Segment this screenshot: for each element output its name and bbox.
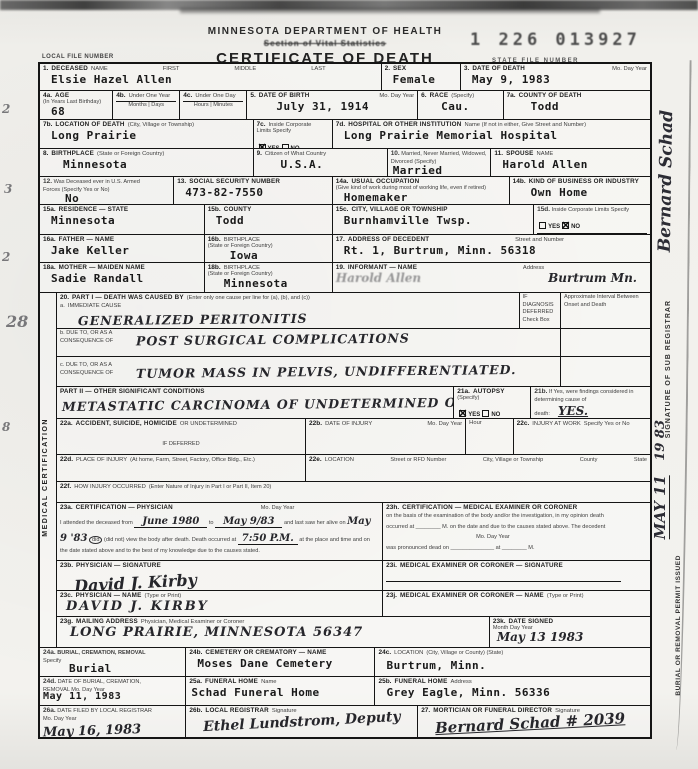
- date-of-death-value: May 9, 1983: [464, 73, 647, 86]
- field-label: COUNTY OF DEATH: [519, 92, 582, 99]
- field-number: 17.: [336, 236, 345, 243]
- col-first: FIRST: [163, 66, 180, 72]
- field-interval-b: [561, 329, 650, 356]
- field-residence-city: 15c.CITY, VILLAGE OR TOWNSHIP Burnhamvil…: [333, 205, 534, 234]
- row-mother-informant: 18a.MOTHER — MAIDEN NAME Sadie Randall 1…: [40, 263, 650, 293]
- field-number: 14a.: [336, 178, 349, 185]
- cemetery-value: Moses Dane Cemetery: [189, 657, 371, 670]
- field-sublabel: (Specify): [457, 395, 527, 403]
- field-number: 24b.: [189, 649, 202, 656]
- field-number: 19.: [336, 264, 345, 271]
- birthplace-value: Minnesota: [43, 158, 250, 171]
- state-sublabel: State: [634, 457, 647, 465]
- burial-label: BURIAL, CREMATION, REMOVAL: [57, 650, 145, 656]
- field-mother-name: 18a.MOTHER — MAIDEN NAME Sadie Randall: [40, 263, 205, 292]
- funeral-home-address-value: Grey Eagle, Minn. 56336: [378, 686, 647, 699]
- field-sublabel: Mo. Day Year: [379, 93, 414, 99]
- field-number: 5.: [250, 92, 255, 99]
- field-label: MOTHER — MAIDEN NAME: [59, 264, 145, 271]
- autopsy-label: AUTOPSY: [473, 388, 505, 395]
- field-number: 15c.: [336, 206, 349, 213]
- field-number: 16a.: [43, 236, 56, 243]
- field-label: LOCATION OF DEATH: [55, 121, 124, 128]
- field-county-of-death: 7a.COUNTY OF DEATH Todd: [504, 91, 650, 119]
- field-sublabel: (Specify): [451, 93, 474, 99]
- local-registrar-label: LOCAL REGISTRAR: [205, 707, 268, 714]
- city-sublabel: City, Village or Township: [483, 457, 543, 465]
- due-to-label: DUE TO, OR AS A CONSEQUENCE OF: [60, 362, 113, 376]
- post-office-label: Post Office: [537, 233, 647, 234]
- medical-certification-vertical-label: MEDICAL CERTIFICATION: [42, 418, 49, 537]
- physician-name-handwritten: DAVID J. KIRBY: [60, 599, 379, 614]
- permit-year-handwritten: 19 83: [653, 420, 668, 461]
- mother-name-value: Sadie Randall: [43, 272, 201, 285]
- cemetery-label: CEMETERY OR CREMATORY — NAME: [205, 649, 326, 656]
- check-box-label: Check Box: [523, 317, 558, 325]
- row-certification: 23a.CERTIFICATION — PHYSICIANMo. Day Yea…: [57, 503, 650, 561]
- certification-coroner-label: CERTIFICATION — MEDICAL EXAMINER OR CORO…: [402, 504, 577, 511]
- field-number: 18a.: [43, 264, 56, 271]
- field-label: Under One Day: [195, 93, 235, 99]
- field-sublabel: Street and Number: [515, 237, 564, 243]
- field-number: 26b.: [189, 707, 202, 714]
- diagnosis-deferred-label: IF DIAGNOSIS DEFERRED: [523, 294, 558, 317]
- col-middle: MIDDLE: [234, 66, 256, 72]
- residence-county-value: Todd: [208, 214, 329, 227]
- no-label: NO: [291, 146, 300, 148]
- row-cause-of-death-a: 20. PART I — DEATH WAS CAUSED BY (Enter …: [57, 293, 650, 329]
- field-number: 4a.: [43, 92, 52, 99]
- yes-checkbox-checked: [259, 144, 266, 148]
- field-date-of-birth: 5.DATE OF BIRTHMo. Day Year July 31, 191…: [247, 91, 418, 119]
- field-sublabel: NAME: [537, 151, 554, 157]
- race-value: Cau.: [421, 100, 499, 113]
- field-diagnosis-deferred: IF DIAGNOSIS DEFERRED Check Box: [520, 293, 562, 328]
- immediate-cause-label: IMMEDIATE CAUSE: [68, 303, 121, 309]
- cert-text: to: [209, 520, 214, 526]
- margin-mark: 8: [2, 420, 10, 434]
- if-deferred-label: IF DEFERRED: [162, 441, 199, 447]
- date-columns: Mo. Day Year: [261, 505, 295, 513]
- field-label: USUAL OCCUPATION: [351, 178, 419, 185]
- date-signed-handwritten: May 13 1983: [493, 630, 647, 644]
- coroner-text: occurred at ________ M. on the date and …: [386, 522, 647, 533]
- physician-name-label: PHYSICIAN — NAME: [76, 592, 142, 599]
- line-prefix: b.: [60, 330, 65, 336]
- local-file-number-label: LOCAL FILE NUMBER: [42, 54, 114, 60]
- line-prefix: c.: [60, 362, 64, 368]
- field-father-name: 16a.FATHER — NAME Jake Keller: [40, 235, 205, 262]
- line-prefix: a.: [60, 303, 65, 309]
- field-citizen: 9.Citizen of What Country U.S.A.: [254, 149, 388, 176]
- due-to-label: DUE TO, OR AS A CONSEQUENCE OF: [60, 330, 113, 344]
- field-number: 16b.: [208, 236, 221, 243]
- row-birthplace-marital: 8.BIRTHPLACE(State or Foreign Country) M…: [40, 149, 650, 177]
- field-race: 6.RACE(Specify) Cau.: [418, 91, 503, 119]
- field-sex: 2.SEX Female: [382, 64, 461, 90]
- father-name-value: Jake Keller: [43, 244, 201, 257]
- row-location-of-death: 7b.LOCATION OF DEATH(City, Village or To…: [40, 120, 650, 149]
- field-sublabel: Signature: [272, 708, 297, 714]
- interval-label: Approximate Interval Between Onset and D…: [564, 294, 647, 309]
- field-sublabel: Address: [451, 679, 472, 685]
- field-label: CITY, VILLAGE OR TOWNSHIP: [351, 206, 447, 213]
- row-accident: 22a.ACCIDENT, SUICIDE, HOMICIDEOR UNDETE…: [57, 419, 650, 455]
- field-sublabel: Months | Days: [116, 101, 176, 110]
- scan-artifact-streak: [180, 8, 600, 13]
- field-decedent-address: 17.ADDRESS OF DECEDENTStreet and Number …: [333, 235, 650, 262]
- field-location-of-death: 7b.LOCATION OF DEATH(City, Village or To…: [40, 120, 254, 148]
- field-industry: 14b.KIND OF BUSINESS OR INDUSTRY Own Hom…: [510, 177, 650, 204]
- did-circled: did: [89, 536, 102, 544]
- field-physician-name: 23c.PHYSICIAN — NAME(Type or Print) DAVI…: [57, 591, 383, 616]
- autopsy-no-checkbox: [482, 410, 489, 417]
- date-signed-label: DATE SIGNED: [509, 618, 554, 625]
- permit-issued-vertical-label: BURIAL OR REMOVAL PERMIT ISSUED: [675, 555, 682, 696]
- section-name-struck: Section of Vital Statistics: [175, 39, 475, 48]
- field-date-signed: 23k.DATE SIGNED Month Day Year May 13 19…: [490, 617, 650, 647]
- field-number: 23g.: [60, 618, 73, 625]
- accident-label: ACCIDENT, SUICIDE, HOMICIDE: [76, 420, 177, 427]
- field-label: INFORMANT — NAME: [348, 264, 417, 271]
- county-of-death-value: Todd: [507, 100, 647, 113]
- field-certification-coroner: 23h.CERTIFICATION — MEDICAL EXAMINER OR …: [383, 503, 650, 560]
- marital-status-value: Married: [391, 164, 488, 176]
- field-label: BIRTHPLACE: [51, 150, 94, 157]
- field-label: FATHER — NAME: [59, 236, 115, 243]
- field-number: 26a.: [43, 707, 56, 714]
- field-number: 4b.: [116, 92, 125, 99]
- field-number: 23c.: [60, 592, 73, 599]
- field-label: RACE: [430, 92, 449, 99]
- spouse-value: Harold Allen: [494, 158, 647, 171]
- field-coroner-signature: 23i.MEDICAL EXAMINER OR CORONER — SIGNAT…: [383, 561, 650, 590]
- field-number: 23h.: [386, 504, 399, 511]
- field-sublabel: (Enter Nature of Injury in Part I or Par…: [149, 484, 272, 492]
- accident-label2: OR UNDETERMINED: [180, 421, 237, 427]
- date-of-birth-value: July 31, 1914: [250, 100, 414, 113]
- field-residence-county: 15b.COUNTY Todd: [205, 205, 333, 234]
- field-date-of-death: 3.DATE OF DEATHMo. Day Year May 9, 1983: [461, 64, 650, 90]
- cert-text: I attended the deceased from: [60, 520, 133, 526]
- field-autopsy: 21a.AUTOPSY (Specify) YESNO: [454, 387, 531, 418]
- field-number: 21a.: [457, 388, 470, 395]
- field-label: DECEASED: [51, 65, 88, 72]
- attended-to-handwritten: May 9/83: [215, 516, 282, 528]
- field-number: 23j.: [386, 592, 397, 599]
- field-number: 10.: [391, 150, 400, 157]
- field-label: AGE: [55, 92, 69, 99]
- field-burial-type: 24a. BURIAL, CREMATION, REMOVAL Specify …: [40, 648, 186, 676]
- coroner-signature-label: MEDICAL EXAMINER OR CORONER — SIGNATURE: [400, 562, 563, 569]
- field-sublabel: (City, Village or County) (State): [426, 650, 503, 658]
- field-number: 7b.: [43, 121, 52, 128]
- row-cause-of-death-c: c. DUE TO, OR AS A CONSEQUENCE OF TUMOR …: [57, 357, 650, 387]
- field-inside-corporate-limits-death: 7c.Inside Corporate Limits Specify YESNO: [254, 120, 333, 148]
- field-label: Married, Never Married, Widowed,: [401, 151, 486, 157]
- field-number: 7d.: [336, 121, 345, 128]
- armed-forces-value: No: [43, 192, 170, 204]
- field-label: SEX: [393, 65, 406, 72]
- burial-date-label: DATE OF BURIAL, CREMATION,: [58, 679, 141, 685]
- field-accident-suicide: 22a.ACCIDENT, SUICIDE, HOMICIDEOR UNDETE…: [57, 419, 306, 454]
- cert-text: Death occurred at: [192, 537, 236, 543]
- field-sublabel: (At home, Farm, Street, Factory, Office …: [130, 457, 255, 465]
- field-armed-forces: 12. Was Deceased ever in U.S. Armed Forc…: [40, 177, 174, 204]
- mailing-address-label: MAILING ADDRESS: [76, 618, 138, 625]
- field-mortician: 27.MORTICIAN OR FUNERAL DIRECTORSignatur…: [418, 706, 650, 737]
- field-number: 9.: [257, 150, 262, 157]
- coroner-date-columns: Mo. Day Year: [386, 532, 647, 543]
- field-label: SPOUSE: [506, 150, 533, 157]
- field-sublabel: (Type or Print): [547, 593, 584, 599]
- field-number: 23i.: [386, 562, 397, 569]
- row-printed-names: 23c.PHYSICIAN — NAME(Type or Print) DAVI…: [57, 591, 650, 617]
- county-sublabel: County: [580, 457, 598, 465]
- residence-state-value: Minnesota: [43, 214, 201, 227]
- field-due-to-b: b. DUE TO, OR AS A CONSEQUENCE OF POST S…: [57, 329, 561, 356]
- margin-mark: 28: [6, 312, 28, 331]
- funeral-home-name-value: Schad Funeral Home: [189, 686, 371, 699]
- field-label: HOSPITAL OR OTHER INSTITUTION: [348, 121, 461, 128]
- field-number: 7c.: [257, 121, 266, 128]
- field-label: Inside Corporate: [552, 207, 593, 213]
- field-funeral-home-address: 25b.FUNERAL HOMEAddress Grey Eagle, Minn…: [375, 677, 650, 705]
- address-sublabel: Address: [523, 265, 544, 271]
- part1-note: (Enter only one cause per line for (a), …: [187, 295, 310, 303]
- due-to-b-handwritten: POST SURGICAL COMPLICATIONS: [136, 331, 410, 349]
- field-how-injury-occurred: 22f.HOW INJURY OCCURRED(Enter Nature of …: [57, 482, 650, 502]
- field-local-registrar: 26b.LOCAL REGISTRARSignature Ethel Lunds…: [186, 706, 418, 737]
- field-informant: 19.INFORMANT — NAMEAddress Harold Allen …: [333, 263, 650, 292]
- field-sublabel: Name (If not in either, Give Street and …: [465, 122, 586, 128]
- field-number: 13.: [177, 178, 186, 185]
- field-number: 8.: [43, 150, 48, 157]
- funeral-home-label: FUNERAL HOME: [205, 678, 258, 685]
- field-inside-corporate-limits-residence: 15d. Inside Corporate Limits Specify YES…: [534, 205, 650, 234]
- field-number: 21b.: [534, 388, 547, 395]
- field-sublabel: Limits Specify: [257, 128, 329, 136]
- coroner-name-label: MEDICAL EXAMINER OR CORONER — NAME: [400, 592, 544, 599]
- field-number: 22f.: [60, 483, 71, 490]
- field-under-one-year: 4b.Under One Year Months | Days: [113, 91, 180, 119]
- agency-name: MINNESOTA DEPARTMENT OF HEALTH: [175, 26, 475, 37]
- field-spouse: 11.SPOUSENAME Harold Allen: [491, 149, 650, 176]
- field-number: 12.: [43, 178, 52, 185]
- field-number: 27.: [421, 707, 430, 714]
- row-cause-of-death-b: b. DUE TO, OR AS A CONSEQUENCE OF POST S…: [57, 329, 650, 357]
- field-sublabel: Mo. Day Year: [427, 421, 462, 427]
- no-label: NO: [571, 224, 580, 230]
- findings-label: If Yes, were findings considered in dete…: [534, 389, 633, 403]
- no-label: NO: [491, 412, 500, 418]
- part1-label: PART I — DEATH WAS CAUSED BY: [72, 294, 184, 301]
- field-residence-state: 15a.RESIDENCE — STATE Minnesota: [40, 205, 205, 234]
- sex-value: Female: [385, 73, 457, 86]
- field-number: 23b.: [60, 562, 73, 569]
- field-number: 23a.: [60, 504, 73, 511]
- medical-certification-strip: MEDICAL CERTIFICATION: [40, 293, 57, 647]
- field-date-filed: 26a. DATE FILED BY LOCAL REGISTRAR Mo. D…: [40, 706, 186, 737]
- field-coroner-name: 23j.MEDICAL EXAMINER OR CORONER — NAME(T…: [383, 591, 650, 616]
- margin-mark: 2: [2, 102, 10, 116]
- location-label: LOCATION: [325, 457, 354, 463]
- industry-value: Own Home: [513, 186, 647, 199]
- field-mother-birthplace: 18b.BIRTHPLACE (State or Foreign Country…: [205, 263, 333, 292]
- field-label: KIND OF BUSINESS OR INDUSTRY: [529, 178, 639, 185]
- sub-registrar-vertical-label: SIGNATURE OF SUB REGISTRAR: [665, 300, 672, 438]
- field-number: 7a.: [507, 92, 516, 99]
- field-hospital: 7d.HOSPITAL OR OTHER INSTITUTIONName (If…: [333, 120, 650, 148]
- field-label: SOCIAL SECURITY NUMBER: [189, 178, 280, 185]
- permit-date-handwritten: MAY 11: [651, 475, 670, 539]
- field-sublabel: Mo. Day Year: [612, 66, 647, 72]
- ssn-value: 473-82-7550: [177, 186, 329, 199]
- field-funeral-home-name: 25a.FUNERAL HOMEName Schad Funeral Home: [186, 677, 375, 705]
- field-number: 6.: [421, 92, 426, 99]
- citizen-value: U.S.A.: [257, 158, 384, 171]
- row-mailing-address: 23g.MAILING ADDRESSPhysician, Medical Ex…: [57, 617, 650, 647]
- physician-signature-label: PHYSICIAN — SIGNATURE: [76, 562, 161, 569]
- field-number: 22a.: [60, 420, 73, 427]
- field-number: 22e.: [309, 456, 322, 463]
- field-under-one-day: 4c.Under One Day Hours | Minutes: [180, 91, 247, 119]
- field-father-birthplace: 16b.BIRTHPLACE (State or Foreign Country…: [205, 235, 333, 262]
- field-ssn: 13.SOCIAL SECURITY NUMBER 473-82-7550: [174, 177, 333, 204]
- location-label: LOCATION: [394, 650, 423, 656]
- date-of-injury-label: DATE OF INJURY: [325, 421, 372, 427]
- field-burial-date: 24d. DATE OF BURIAL, CREMATION, REMOVAL …: [40, 677, 186, 705]
- deceased-name-value: Elsie Hazel Allen: [43, 73, 378, 86]
- informant-name-handwritten: Harold Allen: [336, 271, 421, 285]
- field-number: 3.: [464, 65, 469, 72]
- field-number: 24d.: [43, 678, 56, 685]
- field-deceased-name: 1. DECEASED NAME FIRST MIDDLE LAST Elsie…: [40, 64, 382, 90]
- field-number: 20.: [60, 294, 69, 301]
- cemetery-location-value: Burtrum, Minn.: [378, 659, 647, 672]
- field-sublabel: (State or Foreign Country): [97, 151, 164, 157]
- decedent-address-value: Rt. 1, Burtrum, Minn. 56318: [336, 244, 647, 257]
- findings-value-handwritten: YES.: [558, 404, 588, 418]
- mailing-address-handwritten: LONG PRAIRIE, MINNESOTA 56347: [60, 625, 486, 640]
- field-label: DATE OF DEATH: [472, 65, 525, 72]
- row-how-injury: 22f.HOW INJURY OCCURRED(Enter Nature of …: [57, 482, 650, 503]
- margin-mark: 3: [4, 182, 12, 196]
- medical-certification-section: MEDICAL CERTIFICATION 20. PART I — DEATH…: [40, 293, 650, 648]
- field-sublabel: (City, Village or Township): [128, 122, 194, 128]
- cert-text: and last saw her alive on: [284, 520, 346, 526]
- field-number: 11.: [494, 150, 503, 157]
- burial-date-value: May 11, 1983: [43, 691, 182, 702]
- yes-label: YES: [268, 146, 280, 148]
- row-part2-autopsy: PART II — OTHER SIGNIFICANT CONDITIONS M…: [57, 387, 650, 419]
- field-interval: Approximate Interval Between Onset and D…: [561, 293, 650, 328]
- row-deceased: 1. DECEASED NAME FIRST MIDDLE LAST Elsie…: [40, 64, 650, 91]
- field-sublabel: NAME: [91, 66, 108, 72]
- field-interval-c: [561, 357, 650, 386]
- col-last: LAST: [311, 66, 326, 72]
- field-cemetery: 24b.CEMETERY OR CREMATORY — NAME Moses D…: [186, 648, 375, 676]
- field-physician-signature: 23b.PHYSICIAN — SIGNATURE David J. Kirby: [57, 561, 383, 590]
- field-label: ADDRESS OF DECEDENT: [348, 236, 429, 243]
- certificate-form: 1. DECEASED NAME FIRST MIDDLE LAST Elsie…: [38, 62, 652, 739]
- yes-checkbox: [539, 222, 546, 229]
- field-number: 22b.: [309, 420, 322, 427]
- field-mailing-address: 23g.MAILING ADDRESSPhysician, Medical Ex…: [57, 617, 490, 647]
- field-occupation: 14a.USUAL OCCUPATION (Give kind of work …: [333, 177, 510, 204]
- field-number: 15a.: [43, 206, 56, 213]
- field-number: 22c.: [517, 420, 530, 427]
- street-sublabel: Street or RFD Number: [390, 457, 446, 465]
- row-registrar: 26a. DATE FILED BY LOCAL REGISTRAR Mo. D…: [40, 706, 650, 737]
- hour-label: Hour: [469, 420, 482, 426]
- field-label: COUNTY: [224, 206, 252, 213]
- field-cemetery-location: 24c.LOCATION(City, Village or County) (S…: [375, 648, 650, 676]
- autopsy-yes-checkbox-checked: [459, 410, 466, 417]
- sub-registrar-signature-handwritten: Bernard Schad: [655, 110, 677, 252]
- field-injury-at-work: 22c.INJURY AT WORKSpecify Yes or No: [514, 419, 650, 454]
- row-father-address: 16a.FATHER — NAME Jake Keller 16b.BIRTHP…: [40, 235, 650, 263]
- field-date-of-injury: 22b.DATE OF INJURYMo. Day Year: [306, 419, 466, 454]
- field-number: 15b.: [208, 206, 221, 213]
- field-label: Was Deceased ever in U.S. Armed: [54, 179, 140, 185]
- field-number: 4c.: [183, 92, 192, 99]
- field-due-to-c: c. DUE TO, OR AS A CONSEQUENCE OF TUMOR …: [57, 357, 561, 386]
- findings-label2: death:: [534, 411, 550, 418]
- field-number: 23k.: [493, 618, 506, 625]
- death-certificate-scan: MINNESOTA DEPARTMENT OF HEALTH Section o…: [0, 0, 698, 769]
- state-file-number-stamp: 1 226 013927: [470, 30, 641, 50]
- field-immediate-cause: 20. PART I — DEATH WAS CAUSED BY (Enter …: [57, 293, 520, 328]
- burial-type-value: Burial: [43, 662, 182, 675]
- residence-city-value: Burnhamville Twsp.: [336, 214, 530, 227]
- field-label: Citizen of What Country: [265, 151, 326, 157]
- part2-handwritten: METASTATIC CARCINOMA OF UNDETERMINED ORI…: [60, 395, 450, 414]
- field-birthplace: 8.BIRTHPLACE(State or Foreign Country) M…: [40, 149, 254, 176]
- yes-label: YES: [468, 412, 480, 418]
- hospital-value: Long Prairie Memorial Hospital: [336, 129, 647, 142]
- row-funeral-home: 24d. DATE OF BURIAL, CREMATION, REMOVAL …: [40, 677, 650, 706]
- field-number: 25a.: [189, 678, 202, 685]
- row-residence: 15a.RESIDENCE — STATE Minnesota 15b.COUN…: [40, 205, 650, 235]
- part2-label: PART II — OTHER SIGNIFICANT CONDITIONS: [60, 388, 205, 395]
- field-place-of-injury: 22d.PLACE OF INJURY(At home, Farm, Stree…: [57, 455, 306, 481]
- attended-from-handwritten: June 1980: [134, 516, 207, 528]
- immediate-cause-handwritten: GENERALIZED PERITONITIS: [60, 308, 516, 328]
- field-marital-status: 10. Married, Never Married, Widowed, Div…: [388, 149, 492, 176]
- how-injury-label: HOW INJURY OCCURRED: [74, 484, 146, 490]
- row-signatures: 23b.PHYSICIAN — SIGNATURE David J. Kirby…: [57, 561, 650, 591]
- field-number: 1.: [43, 65, 48, 72]
- funeral-home-address-label: FUNERAL HOME: [395, 678, 448, 685]
- field-number: 14b.: [513, 178, 526, 185]
- row-burial: 24a. BURIAL, CREMATION, REMOVAL Specify …: [40, 648, 650, 677]
- field-label: DATE OF BIRTH: [259, 92, 310, 99]
- no-checkbox-checked: [562, 222, 569, 229]
- field-injury-location: 22e.LOCATIONStreet or RFD NumberCity, Vi…: [306, 455, 650, 481]
- margin-mark: 2: [2, 250, 10, 264]
- field-sublabel: Name: [261, 679, 276, 685]
- injury-at-work-label: INJURY AT WORK: [532, 421, 581, 427]
- field-other-significant-conditions: PART II — OTHER SIGNIFICANT CONDITIONS M…: [57, 387, 454, 418]
- field-number: 24c.: [378, 649, 391, 656]
- field-sublabel: Limits Specify: [595, 207, 630, 213]
- field-sublabel: Specify Yes or No: [584, 421, 630, 427]
- due-to-c-handwritten: TUMOR MASS IN PELVIS, UNDIFFERENTIATED.: [136, 362, 517, 381]
- field-number: 18b.: [208, 264, 221, 271]
- death-time-handwritten: 7:50 P.M.: [238, 533, 298, 545]
- row-place-of-injury: 22d.PLACE OF INJURY(At home, Farm, Stree…: [57, 455, 650, 482]
